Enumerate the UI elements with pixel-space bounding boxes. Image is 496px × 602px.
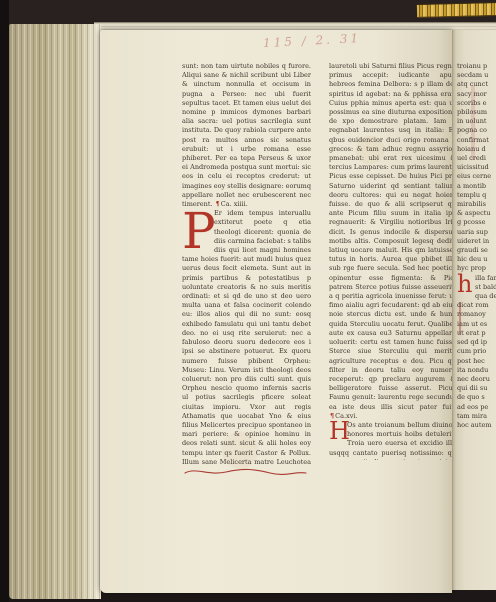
red-flourish-line: [182, 467, 310, 477]
gilt-top-edge: [417, 2, 496, 18]
chapter-heading: Ca. xiiii.: [221, 200, 248, 208]
open-verso-page: 115 / 2. 31 sunt: non tam uirtute nobile…: [100, 30, 452, 593]
body-text: lauretoli ubi Saturni filius Picus regnu…: [329, 62, 456, 411]
fore-edge-page-stack: [9, 24, 101, 599]
rubricated-initial-H: H: [329, 422, 345, 440]
paragraph-continuation: lauretoli ubi Saturni filius Picus regnu…: [329, 62, 456, 421]
handwritten-foliation-mark: 115 / 2. 31: [263, 30, 384, 50]
facing-recto-page-edge: troianu p secdam u atq cunct sacy mor sc…: [452, 30, 496, 590]
chapter-heading: Ca.xvi.: [335, 412, 357, 420]
paragraph-chapter-14: PEr idem tempus interuallu extiterut poe…: [182, 209, 311, 466]
paragraph-chapter-16: HOs ante troianum bellum diuinos honores…: [329, 421, 456, 460]
rubricated-initial-h: h: [457, 275, 473, 293]
paragraph-with-initial: hilla fama st baldi qua dein dicat rom r…: [457, 274, 496, 430]
facing-page-text-fragments: troianu p secdam u atq cunct sacy mor sc…: [457, 62, 496, 430]
body-text: Os ante troianum bellum diuinos honores …: [329, 421, 456, 460]
body-text: sunt: non tam uirtute nobiles q furore. …: [182, 62, 311, 208]
text-column-right: lauretoli ubi Saturni filius Picus regnu…: [329, 62, 456, 460]
text-column-left: sunt: non tam uirtute nobiles q furore. …: [182, 62, 311, 466]
book-photo: 115 / 2. 31 sunt: non tam uirtute nobile…: [0, 0, 496, 602]
rubricated-initial-P: P: [182, 211, 211, 252]
body-text: troianu p secdam u atq cunct sacy mor sc…: [457, 62, 496, 274]
paragraph-continuation: sunt: non tam uirtute nobiles q furore. …: [182, 62, 311, 209]
